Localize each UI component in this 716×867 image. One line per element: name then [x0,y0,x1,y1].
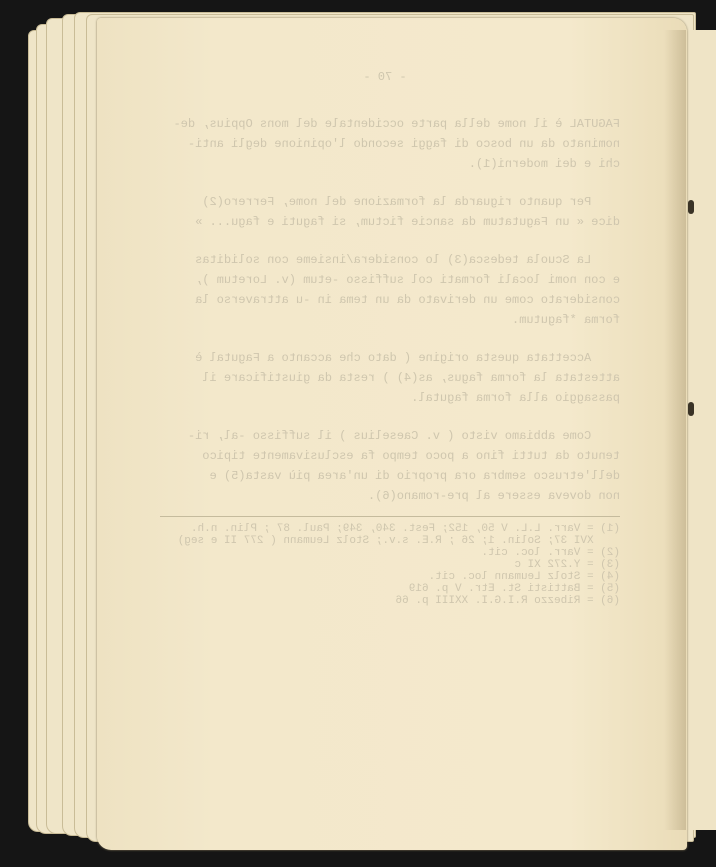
text-line: attestata la forma fagus, as(4) ) resta … [150,368,620,388]
facing-page [684,30,716,830]
bleed-through-text: - 70 - FAGUTAL è il nome della parte occ… [150,70,620,607]
binding-hole [688,402,694,416]
text-line: chi e dei moderni(1). [150,154,620,174]
footnote: (3) = Y.272 XI c [150,559,620,571]
footnote: (1) = Varr. L.L. V 50, 152; Fest. 340, 3… [150,523,620,535]
body-text: FAGUTAL è il nome della parte occidental… [150,114,620,506]
text-line: passaggio alla forma fagutal. [150,388,620,408]
binding-hole [688,200,694,214]
footnote: (6) = Ribezzo R.I.G.I. XXIII p. 66 [150,595,620,607]
text-line: non doveva essere al pre-romano(6). [150,486,620,506]
text-line: tenuto da tutti fino a poco tempo fa esc… [150,446,620,466]
footnote-divider [160,516,620,517]
text-line: FAGUTAL è il nome della parte occidental… [150,114,620,134]
text-line: Come abbiamo visto ( v. Caeselius ) il s… [150,426,620,446]
footnote: (4) = Stolz Leumann loc. cit. [150,571,620,583]
text-line: Accettata questa origine ( dato che acca… [150,348,620,368]
text-line: considerato come un derivato da un tema … [150,290,620,310]
footnote: XVI 37; Solin. 1; 26 ; R.E. s.v.; Stolz … [150,535,620,547]
footnote: (5) = Battisti St. Etr. V p. 619 [150,583,620,595]
text-line: dice « un Fagutatum da sancie fictum, si… [150,212,620,232]
text-line: Per quanto riguarda la formazione del no… [150,192,620,212]
text-line: La Scuola tedesca(3) lo considera/insiem… [150,250,620,270]
text-line: forma *fagutum. [150,310,620,330]
footnote: (2) = Varr. loc. cit. [150,547,620,559]
text-line: e con nomi locali formati col suffisso -… [150,270,620,290]
page-number: - 70 - [150,70,620,84]
text-line: nominato da un bosco di faggi secondo l'… [150,134,620,154]
text-line: dell'etrusco sembra ora proprio di un'ar… [150,466,620,486]
footnotes: (1) = Varr. L.L. V 50, 152; Fest. 340, 3… [150,523,620,607]
spine-shadow [664,30,686,830]
